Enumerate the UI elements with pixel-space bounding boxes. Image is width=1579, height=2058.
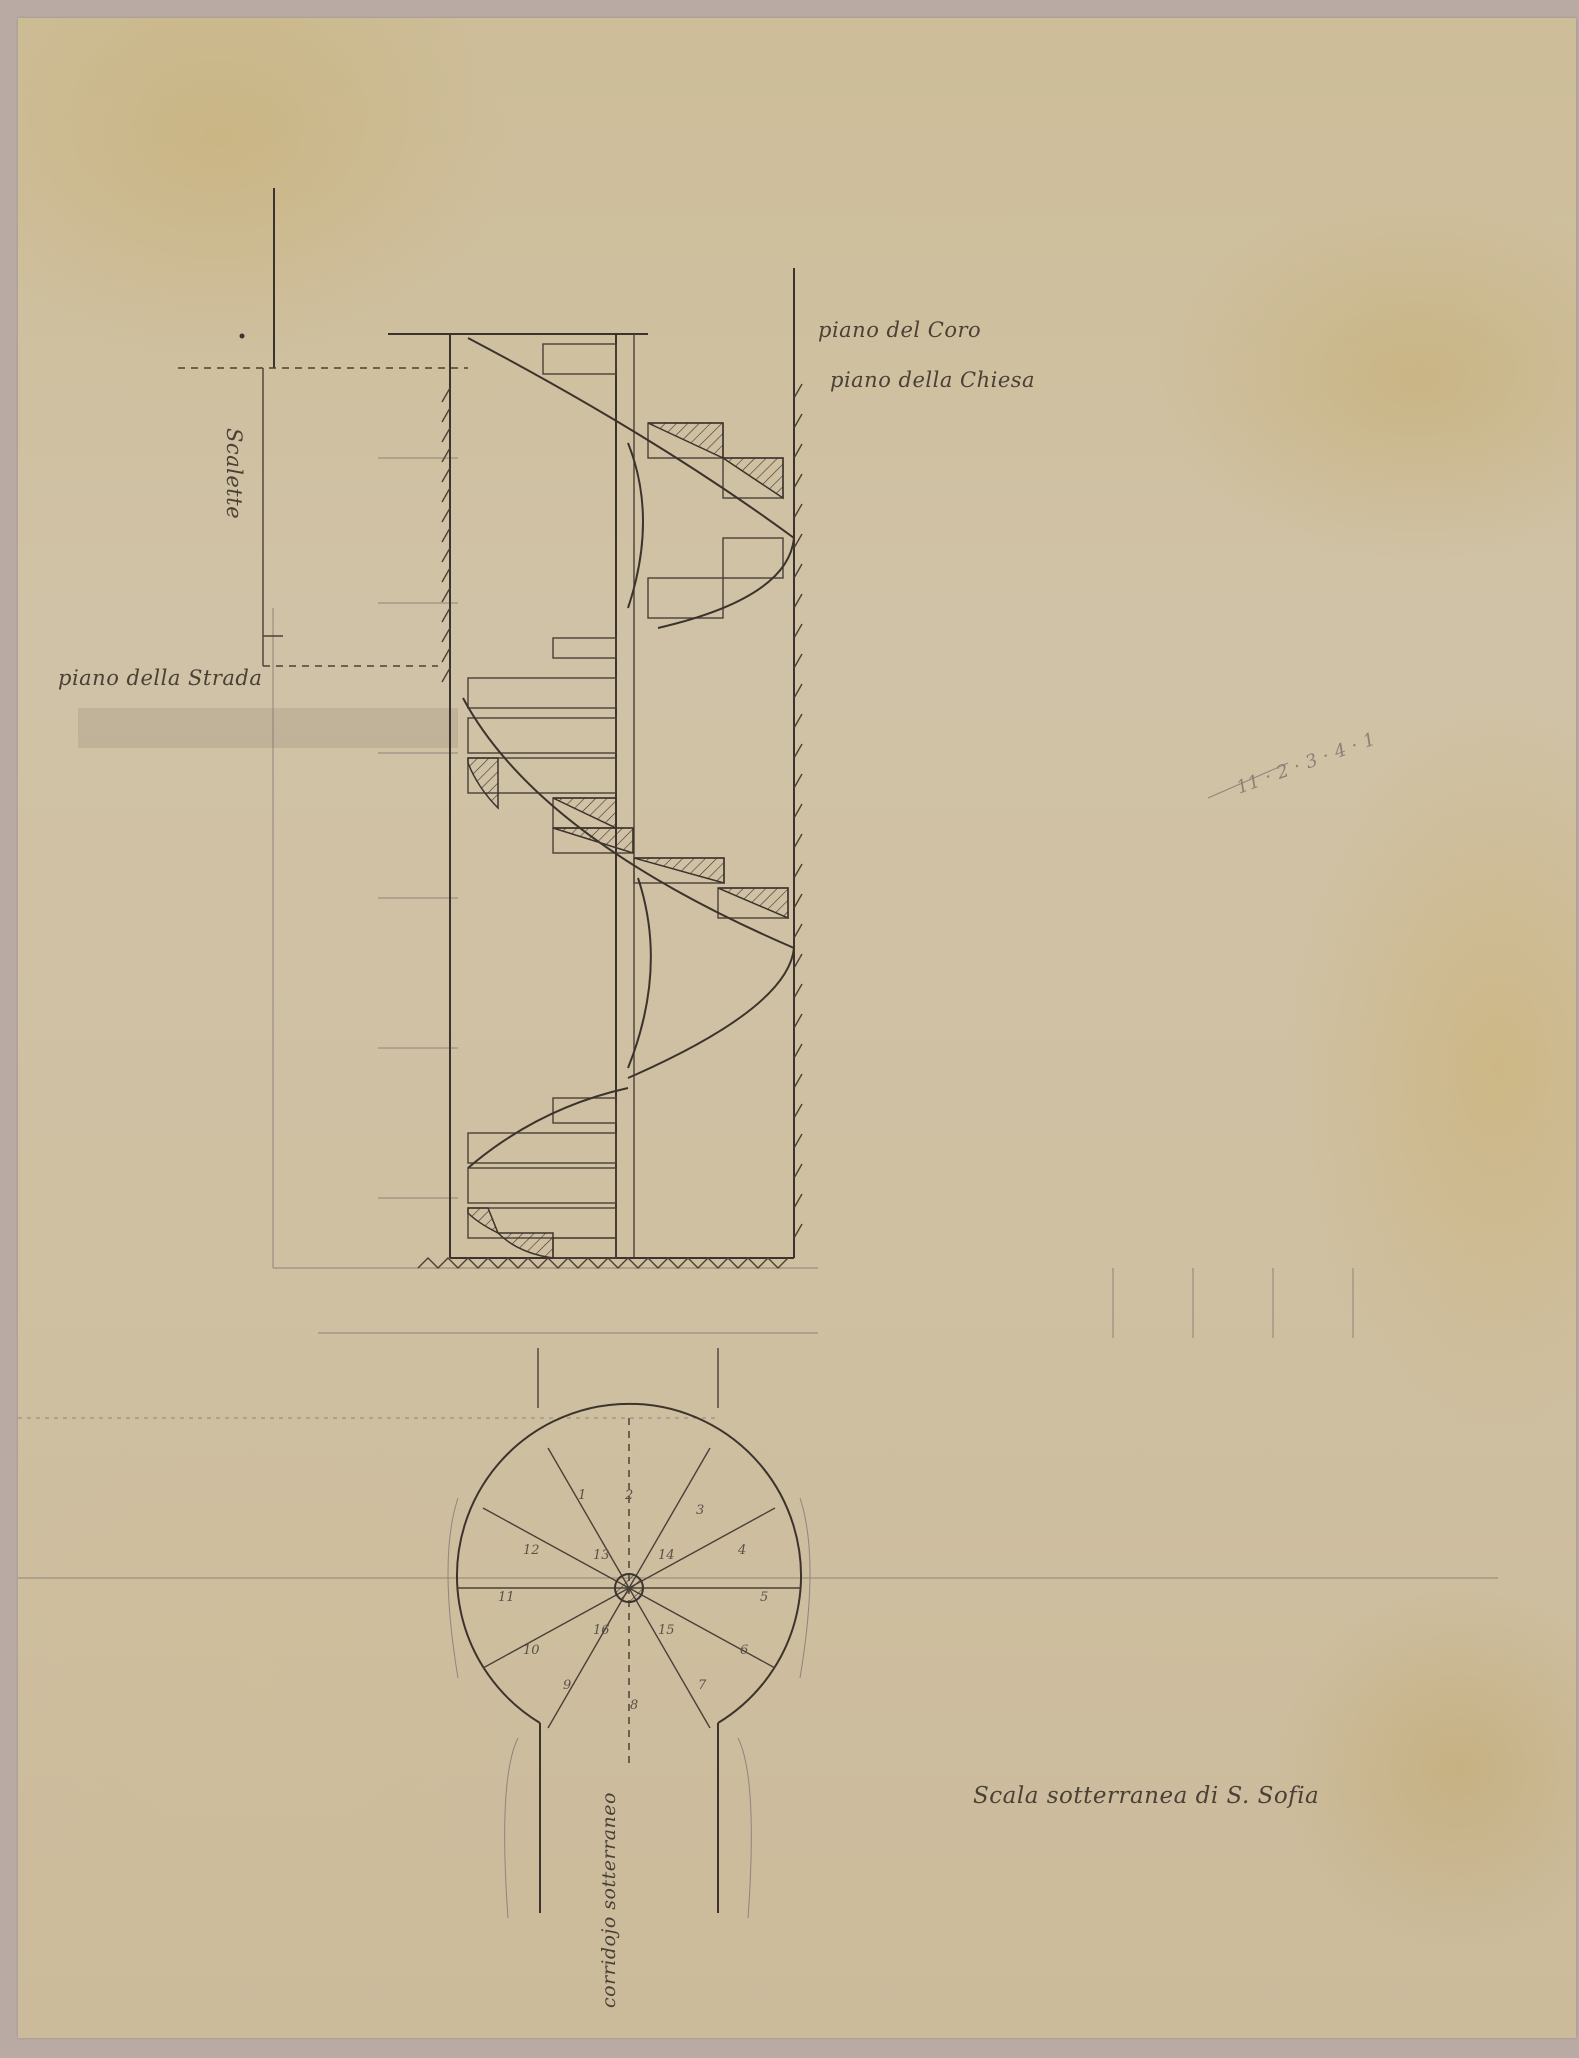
label-piano-della-strada: piano della Strada bbox=[58, 666, 262, 690]
step-number: 14 bbox=[658, 1548, 675, 1563]
step-number: 10 bbox=[523, 1643, 540, 1658]
step-number: 12 bbox=[523, 1543, 540, 1558]
staircase-plan bbox=[318, 1333, 818, 1918]
step-number: 11 bbox=[498, 1590, 515, 1605]
label-piano-della-chiesa: piano della Chiesa bbox=[830, 368, 1035, 392]
label-corridojo: corridojo sotterraneo bbox=[598, 1792, 620, 2008]
drawing-title: Scala sotterranea di S. Sofia bbox=[973, 1783, 1319, 1809]
label-scalette: Scalette bbox=[222, 428, 246, 519]
staircase-elevation bbox=[388, 268, 802, 1268]
step-number: 7 bbox=[698, 1678, 706, 1693]
step-number: 15 bbox=[658, 1623, 675, 1638]
step-number: 13 bbox=[593, 1548, 610, 1563]
drawing-sheet: piano del Coro piano della Chiesa piano … bbox=[18, 18, 1576, 2038]
step-number: 16 bbox=[593, 1623, 610, 1638]
staircase-drawing bbox=[18, 18, 1576, 2038]
step-number: 2 bbox=[625, 1488, 633, 1503]
label-piano-del-coro: piano del Coro bbox=[818, 318, 981, 342]
step-number: 6 bbox=[740, 1643, 748, 1658]
step-number: 5 bbox=[760, 1590, 768, 1605]
step-number: 3 bbox=[696, 1503, 704, 1518]
step-number: 9 bbox=[563, 1678, 571, 1693]
pencil-construction-lines bbox=[18, 458, 1498, 1578]
step-number: 4 bbox=[738, 1543, 746, 1558]
step-number: 8 bbox=[630, 1698, 638, 1713]
step-number: 1 bbox=[578, 1488, 586, 1503]
